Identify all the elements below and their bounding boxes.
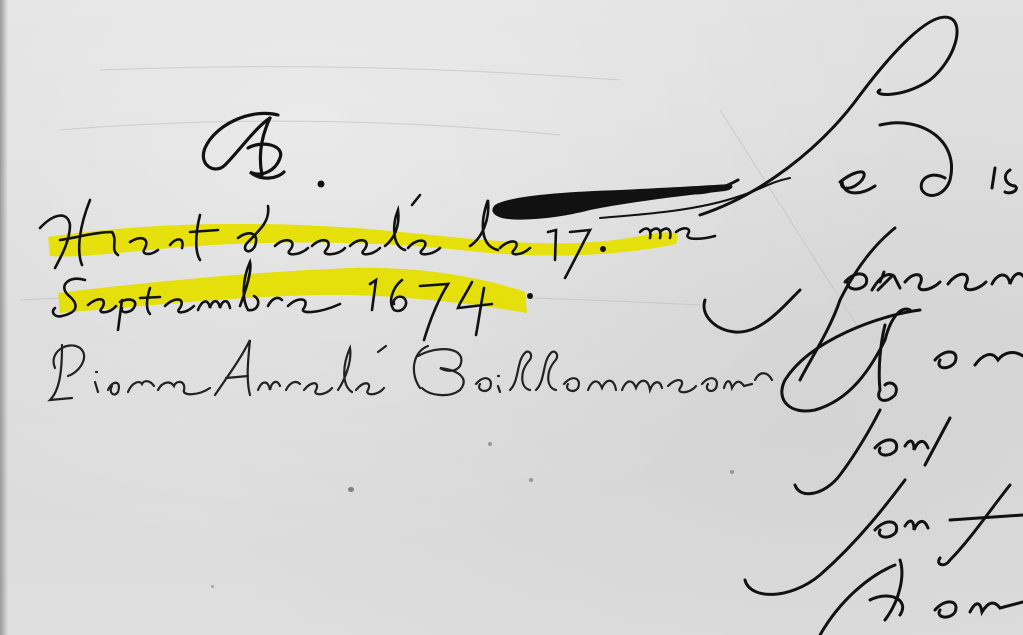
highlight-line-2 [58,268,527,313]
margin-letter-b [203,113,284,178]
margin-letter-dot [318,181,325,188]
manuscript-page: B. Il est decedé le 17.me Septembre 1674… [0,0,1023,635]
ink-flourish [492,184,732,220]
entry-line-3-ink [50,340,772,400]
right-column-ink [690,17,1023,635]
handwriting-layer [0,0,1023,635]
